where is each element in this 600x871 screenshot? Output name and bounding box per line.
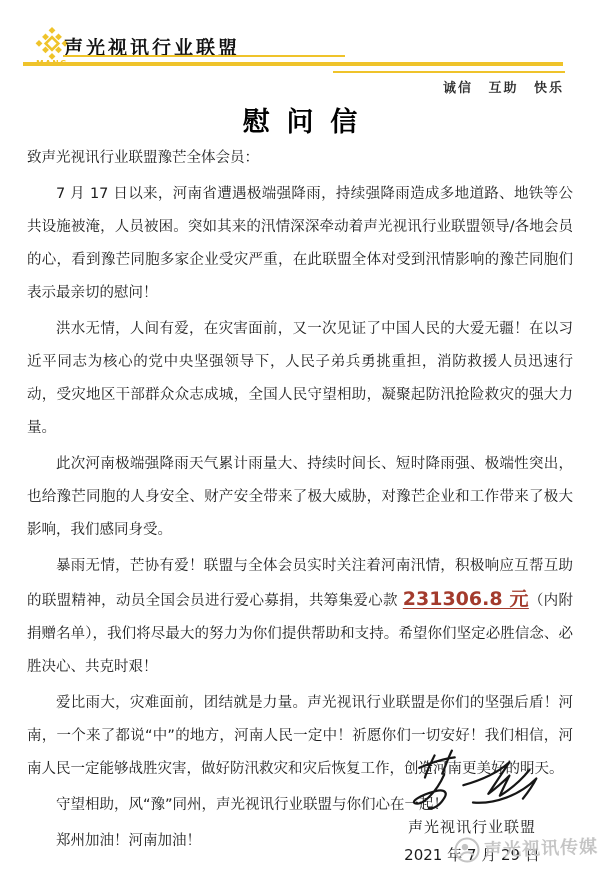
- paragraph-3: 此次河南极端强降雨天气累计雨量大、持续时间长、短时降雨强、极端性突出，也给豫芒同…: [27, 448, 573, 547]
- sign-off-date: 2021 年 7 月 29 日: [372, 844, 572, 865]
- sign-off-org: 声光视讯行业联盟: [372, 816, 572, 837]
- header-motto: 诚信 互助 快乐: [443, 77, 564, 96]
- letter-page: MANG 声光视讯行业联盟 诚信 互助 快乐 慰问信 致声光视讯行业联盟豫芒全体…: [0, 0, 600, 871]
- paragraph-2: 洪水无情，人间有爱，在灾害面前，又一次见证了中国人民的大爱无疆！在以习近平同志为…: [27, 313, 573, 445]
- salutation: 致声光视讯行业联盟豫芒全体会员：: [27, 142, 573, 175]
- header-rule-thin-bottom: [333, 71, 565, 73]
- paragraph-4: 暴雨无情，芒协有爱！联盟与全体会员实时关注着河南汛情，积极响应互帮互助的联盟精神…: [27, 550, 573, 684]
- handwritten-signature: [387, 742, 557, 814]
- header-rule-thin-top: [63, 55, 345, 57]
- letterhead: MANG 声光视讯行业联盟 诚信 互助 快乐: [0, 0, 600, 96]
- paragraph-1: 7 月 17 日以来，河南省遭遇极端强降雨，持续强降雨造成多地道路、地铁等公共设…: [27, 178, 573, 310]
- sign-off-block: 声光视讯行业联盟 2021 年 7 月 29 日: [372, 742, 572, 865]
- donation-amount: 231306.8 元: [403, 588, 529, 610]
- letter-title: 慰问信: [0, 100, 600, 139]
- header-rule-thick: [23, 62, 563, 66]
